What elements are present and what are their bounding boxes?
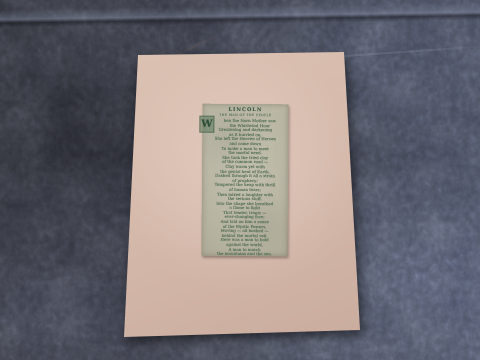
poem-line: the mountains and the sea. — [201, 252, 287, 257]
poem-subtitle: THE MAN OF THE PEOPLE — [202, 113, 288, 118]
poem-print: LINCOLN THE MAN OF THE PEOPLE W hen the … — [201, 104, 288, 257]
photo-scene: LINCOLN THE MAN OF THE PEOPLE W hen the … — [0, 0, 480, 360]
decorated-initial: W — [199, 116, 214, 133]
poem-lines: hen the Norn Mother sawthe Whirlwind Hou… — [201, 119, 288, 257]
